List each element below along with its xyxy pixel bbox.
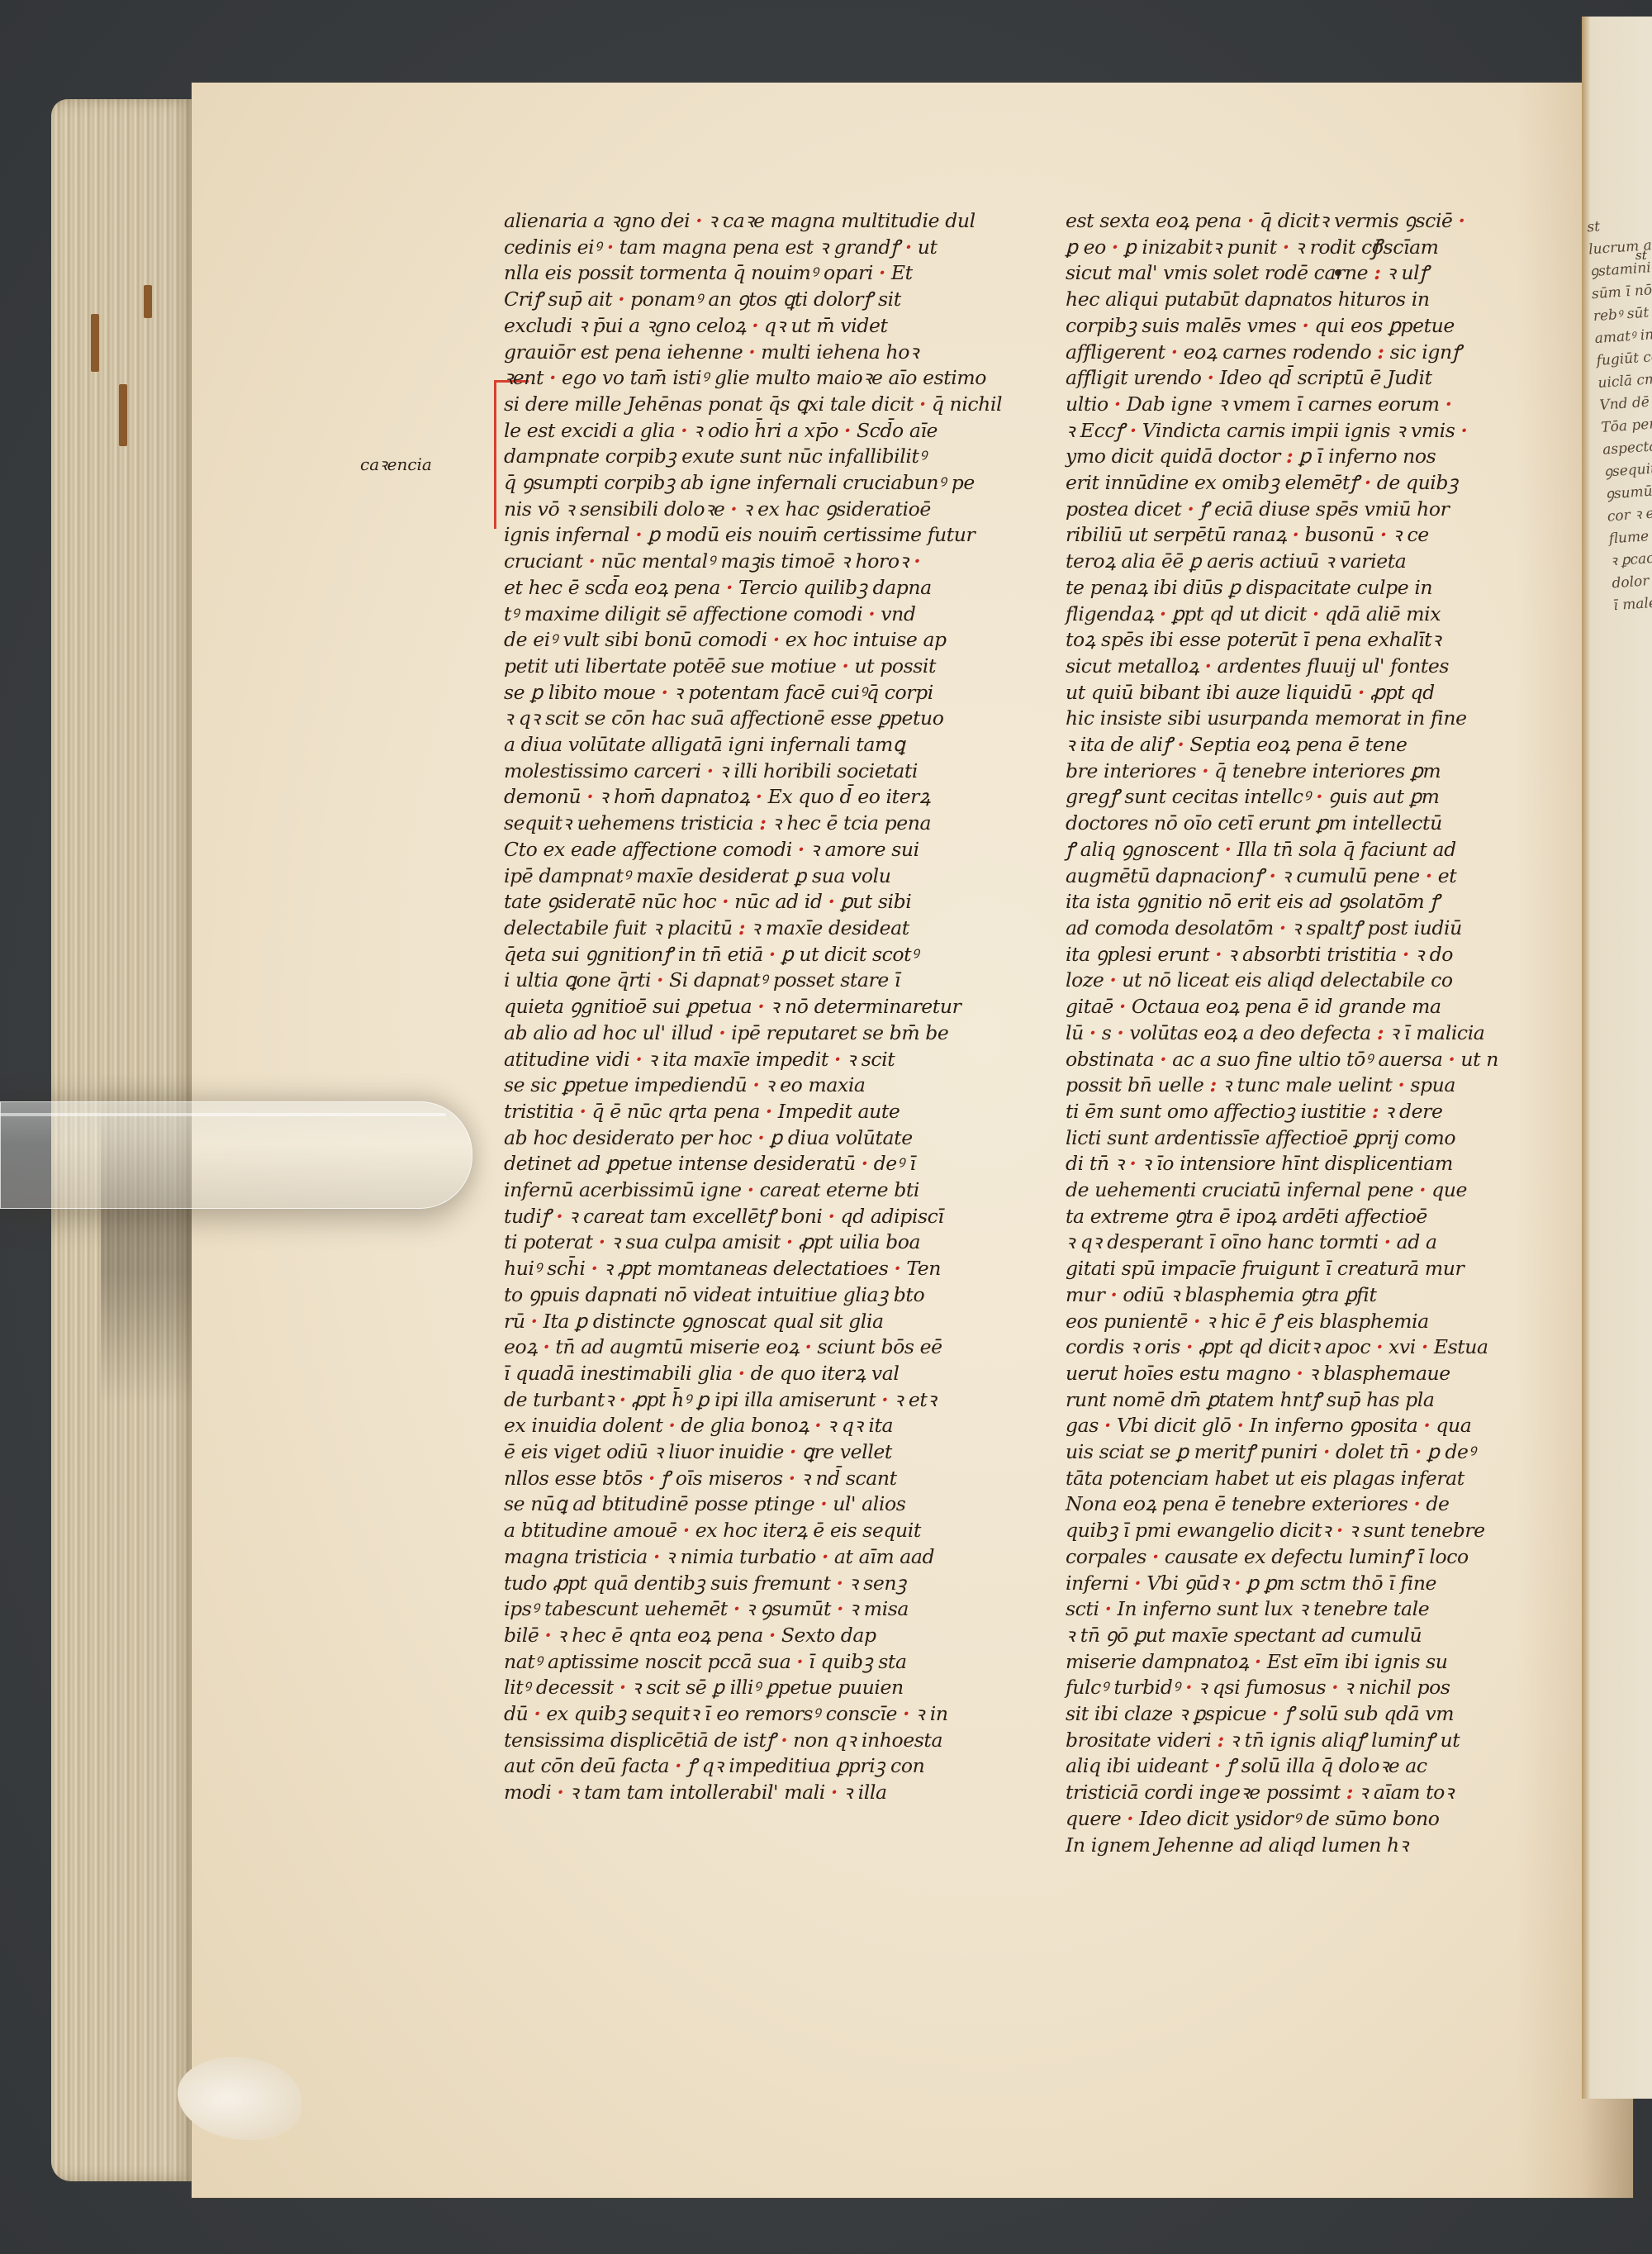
- text-line: cordis ꝛ oris · ꝓpt qd dicitꝛ apoc · xvi…: [1066, 1334, 1561, 1361]
- text-line: le est excidi a glia · ꝛ odio h̄ri a xp̄…: [504, 418, 1016, 445]
- text-line: ꝛ Eccꝭ · Vindicta carnis impii ignis ꝛ v…: [1066, 418, 1561, 445]
- text-line: brositate videri : ꝛ tn̄ ignis aliqꝭ lum…: [1066, 1728, 1561, 1754]
- text-line: postea dicet · ꝭ eciā diuse spēs vmiū ho…: [1066, 497, 1561, 523]
- text-line: to ꝯpuis dapnati nō videat intuitiue gli…: [504, 1282, 1016, 1309]
- text-line: ti ēm sunt omo affectioꝫ iustitie : ꝛ de…: [1066, 1099, 1561, 1125]
- text-line: gitati spū impacīe fruigunt ī creaturā m…: [1066, 1256, 1561, 1282]
- text-line: scti · In inferno sunt lux ꝛ tenebre tal…: [1066, 1596, 1561, 1623]
- text-line: et hec ē scd̄a eoꝝ pena · Tercio quilibꝫ…: [504, 575, 1016, 602]
- text-line: magna tristicia · ꝛ nimia turbatio · at …: [504, 1544, 1016, 1571]
- text-column-right: est sexta eoꝝ pena · q̄ dicitꝛ vermis ꝯs…: [1066, 208, 1561, 1858]
- text-line: petit uti libertate potēē sue motiue · u…: [504, 654, 1016, 680]
- text-line: atitudine vidi · ꝛ ita maxīe impedit · ꝛ…: [504, 1047, 1016, 1073]
- text-line: quere · Ideo dicit ysidorꝰ de sūmo bono: [1066, 1806, 1561, 1833]
- text-line: q̄ ꝯsumpti corpibꝫ ab igne infernali cru…: [504, 470, 1016, 497]
- text-line: sicut metalloꝝ · ardentes fluuij ul' fon…: [1066, 654, 1561, 680]
- facing-page-line: flume iute: [1608, 524, 1652, 550]
- text-line: teroꝝ alia ēē ꝑ aeris actiuū ꝛ varieta: [1066, 549, 1561, 575]
- text-line: corpibꝫ suis malēs vmes · qui eos ꝑpetue: [1066, 313, 1561, 340]
- facing-page-line: cor ꝛ exhalt: [1607, 502, 1652, 528]
- text-line: aliq ibi uideant · ꝭ solū illa q̄ doloꝛe…: [1066, 1753, 1561, 1780]
- page-tab-marker: [91, 314, 99, 372]
- facing-page-text: stlucrum ad aꝯstaminisūm ī nō larebꝰ sūt…: [1582, 17, 1652, 618]
- text-line: inferni · Vbi ꝯūdꝛ · ꝑ ꝑm sctm thō ī fin…: [1066, 1571, 1561, 1597]
- facing-page-line: ī male ꝯsci: [1613, 591, 1652, 617]
- text-line: eoꝝ · tn̄ ad augmtū miserie eoꝝ · sciunt…: [504, 1334, 1016, 1361]
- text-line: se nūꝗ ad btitudinē posse ptinge · ul' a…: [504, 1491, 1016, 1518]
- text-line: infernū acerbissimū igne · careat eterne…: [504, 1177, 1016, 1204]
- text-line: i ultia ꝗone q̄rti · Si dapnatꝰ posset s…: [504, 968, 1016, 994]
- text-line: mur · odiū ꝛ blasphemia ꝯtra ꝑfit: [1066, 1282, 1561, 1309]
- text-line: ꝛ tn̄ ꝯō ꝑut maxīe spectant ad cumulū: [1066, 1623, 1561, 1649]
- margin-note-carencia: caꝛencia: [360, 453, 432, 475]
- text-line: sicut mal' vmis solet rodē carne : ꝛ ulꝭ: [1066, 260, 1561, 287]
- text-line: tāta potenciam habet ut eis plagas infer…: [1066, 1466, 1561, 1492]
- text-line: ī quadā inestimabili glia · de quo iterꝝ…: [504, 1361, 1016, 1387]
- facing-page-edge: stlucrum ad aꝯstaminisūm ī nō larebꝰ sūt…: [1582, 17, 1652, 2099]
- text-line: te penaꝝ ibi diūs ꝑ dispacitate culpe in: [1066, 575, 1561, 602]
- facing-page-line: ꝯsequitꝛ ī: [1603, 457, 1652, 483]
- text-line: tꝰ maxime diligit sē affectione comodi ·…: [504, 602, 1016, 628]
- facing-page-line: aspecta · ex: [1602, 435, 1652, 462]
- text-line: ꝛ qꝛ scit se cōn hac suā affectionē esse…: [504, 706, 1016, 732]
- text-line: ultio · Dab igne ꝛ vmem ī carnes eorum ·: [1066, 392, 1561, 418]
- text-line: di tn̄ ꝛ · ꝛ īo intensiore hīnt displice…: [1066, 1151, 1561, 1177]
- text-line: ribiliū ut serpētū ranaꝝ · busonū · ꝛ ce: [1066, 522, 1561, 549]
- page-clip-highlight: [0, 1113, 446, 1116]
- text-line: ꝭ aliq ꝯgnoscent · Illa tn̄ sola q̄ faci…: [1066, 837, 1561, 863]
- text-line: uis sciat se ꝑ meritꝭ puniri · dolet tn̄…: [1066, 1439, 1561, 1466]
- text-line: de turbantꝛ · ꝓpt h̄ꝰ ꝑ ipi illa amiseru…: [504, 1387, 1016, 1414]
- text-line: excludi ꝛ p̄ui a ꝛgno celoꝝ · qꝛ ut m̄ v…: [504, 313, 1016, 340]
- text-line: affligerent · eoꝝ carnes rodendo : sic i…: [1066, 340, 1561, 366]
- transparent-page-clip: [0, 1095, 469, 1217]
- text-line: Cto ex eade affectione comodi · ꝛ amore …: [504, 837, 1016, 863]
- text-line: affligit urendo · Ideo qd̄ scriptū ē Jud…: [1066, 365, 1561, 392]
- text-line: ꝛ qꝛ desperant ī oīno hanc tormti · ad a: [1066, 1229, 1561, 1256]
- text-line: se sic ꝑpetue impediendū · ꝛ eo maxia: [504, 1072, 1016, 1099]
- text-line: Criꝭ sup̄ ait · ponamꝰ an ꝯtos ꝗti dolor…: [504, 287, 1016, 313]
- text-line: fligendaꝝ · ꝑpt qd ut dicit · qdā aliē m…: [1066, 602, 1561, 628]
- text-line: tate ꝯsideratē nūc hoc · nūc ad id · ꝑut…: [504, 889, 1016, 915]
- text-line: q̄eta sui ꝯgnitionꝭ in tn̄ etiā · ꝑ ut d…: [504, 942, 1016, 968]
- text-line: ita ista ꝯgnitio nō erit eis ad ꝯsolatōm…: [1066, 889, 1561, 915]
- text-line: ab hoc desiderato per hoc · ꝑ diua volūt…: [504, 1125, 1016, 1152]
- text-line: de uehementi cruciatū infernal pene · qu…: [1066, 1177, 1561, 1204]
- text-line: gitaē · Octaua eoꝝ pena ē id grande ma: [1066, 994, 1561, 1020]
- text-line: nis vō ꝛ sensibili doloꝛe · ꝛ ex hac ꝯsi…: [504, 497, 1016, 523]
- text-line: eos punientē · ꝛ hic ē ꝭ eis blasphemia: [1066, 1309, 1561, 1335]
- text-line: ut quiū bibant ibi auze liquidū · ꝓpt qd: [1066, 680, 1561, 706]
- text-line: ita ꝯplesi erunt · ꝛ absorbti tristitia …: [1066, 942, 1561, 968]
- facing-page-line: Vnd dē ma: [1599, 391, 1652, 417]
- text-line: natꝰ aptissime noscit pccā sua · ī quibꝫ…: [504, 1649, 1016, 1676]
- text-line: In ignem Jehenne ad aliqd lumen hꝛ: [1066, 1833, 1561, 1859]
- text-line: miserie dampnatoꝝ · Est eīm ibi ignis su: [1066, 1649, 1561, 1676]
- text-line: cruciant · nūc mentalꝰ maꝫis timoē ꝛ hor…: [504, 549, 1016, 575]
- text-line: hic insiste sibi usurpanda memorat in fi…: [1066, 706, 1561, 732]
- text-line: obstinata · ac a suo fine ultio tōꝰ auer…: [1066, 1047, 1561, 1073]
- text-line: bilē · ꝛ hec ē qnta eoꝝ pena · Sexto dap: [504, 1623, 1016, 1649]
- text-line: hec aliqui putabūt dapnatos hituros in: [1066, 287, 1561, 313]
- text-line: doctores nō oīo cetī erunt ꝑm intellectū: [1066, 811, 1561, 837]
- text-line: molestissimo carceri · ꝛ illi horibili s…: [504, 758, 1016, 785]
- text-line: fulcꝰ turbidꝰ · ꝛ qsi fumosus · ꝛ nichil…: [1066, 1675, 1561, 1701]
- text-line: sequitꝛ uehemens tristicia : ꝛ hec ē tci…: [504, 811, 1016, 837]
- facing-page-line: dolor loqu: [1612, 568, 1652, 595]
- text-line: sit ibi claze ꝛ ꝑspicue · ꝭ solū sub qdā…: [1066, 1701, 1561, 1728]
- text-line: bre interiores · q̄ tenebre interiores ꝑ…: [1066, 758, 1561, 785]
- page-clip-body: [0, 1101, 472, 1209]
- text-line: licti sunt ardentissīe affectioē ꝑprij c…: [1066, 1125, 1561, 1152]
- text-line: se ꝑ libito moue · ꝛ potentam facē cuiꝰq…: [504, 680, 1016, 706]
- text-line: huiꝰ sch̄i · ꝛ ꝓpt momtaneas delectatioe…: [504, 1256, 1016, 1282]
- text-line: tensissima displicētiā de istꝭ · non qꝛ …: [504, 1728, 1016, 1754]
- text-line: uerut hoīes estu magno · ꝛ blasphemaue: [1066, 1361, 1561, 1387]
- text-line: demonū · ꝛ hom̄ dapnatoꝝ · Ex quo d̄ eo …: [504, 784, 1016, 811]
- facing-page-line: ꝛ ꝑcaciū vi: [1610, 546, 1652, 573]
- text-line: possit bn̄ uelle : ꝛ tunc male uelint · …: [1066, 1072, 1561, 1099]
- page-tab-marker: [119, 384, 127, 446]
- text-line: rū · Ita ꝑ distincte ꝯgnoscat qual sit g…: [504, 1309, 1016, 1335]
- text-line: tristiciā cordi ingeꝛe possimt : ꝛ aīam …: [1066, 1780, 1561, 1806]
- text-line: tristitia · q̄ ē nūc qrta pena · Impedit…: [504, 1099, 1016, 1125]
- facing-page-line: Tōa pena: [1600, 413, 1652, 440]
- text-line: dampnate corpibꝫ exute sunt nūc infallib…: [504, 444, 1016, 470]
- text-line: quibꝫ ī pmi ewangelio dicitꝛ · ꝛ sunt te…: [1066, 1518, 1561, 1544]
- text-line: Nona eoꝝ pena ē tenebre exteriores · de: [1066, 1491, 1561, 1518]
- text-line: ē eis viget odiū ꝛ liuor inuidie · ꝗre v…: [504, 1439, 1016, 1466]
- text-line: ta extreme ꝯtra ē ipoꝝ ardēti affectioē: [1066, 1204, 1561, 1230]
- text-line: erit innūdine ex omibꝫ elemētꝭ · de quib…: [1066, 470, 1561, 497]
- rubric-margin-bracket: [494, 380, 496, 529]
- text-column-left: alienaria a ꝛgno dei · ꝛ caꝛe magna mult…: [504, 208, 1016, 1806]
- text-line: alienaria a ꝛgno dei · ꝛ caꝛe magna mult…: [504, 208, 1016, 235]
- text-line: lū · s · volūtas eoꝝ a deo defecta : ꝛ ī…: [1066, 1020, 1561, 1047]
- text-line: si dere mille Jehēnas ponat q̄s ꝗxi tale…: [504, 392, 1016, 418]
- text-line: est sexta eoꝝ pena · q̄ dicitꝛ vermis ꝯs…: [1066, 208, 1561, 235]
- text-line: ex inuidia dolent · de glia bonoꝝ · ꝛ qꝛ…: [504, 1413, 1016, 1439]
- text-line: delectabile fuit ꝛ placitū : ꝛ maxīe des…: [504, 915, 1016, 942]
- text-line: a diua volūtate alligatā igni infernali …: [504, 732, 1016, 758]
- text-line: ꝑ eo · ꝑ inizabitꝛ punit · ꝛ rodit cōscī…: [1066, 235, 1561, 261]
- text-line: ꝛ ita de aliꝭ · Septia eoꝝ pena ē tene: [1066, 732, 1561, 758]
- text-line: a btitudine amouē · ex hoc iterꝝ ē eis s…: [504, 1518, 1016, 1544]
- page-tab-marker: [144, 285, 152, 318]
- text-line: ꝛent · ego vo tam̄ istiꝰ glie multo maio…: [504, 365, 1016, 392]
- text-line: quieta ꝯgnitioē sui ꝑpetua · ꝛ nō determ…: [504, 994, 1016, 1020]
- text-line: runt nomē dm̄ ꝑtatem hntꝭ sup̄ has pla: [1066, 1387, 1561, 1414]
- text-line: corpales · causate ex defectu luminꝭ ī l…: [1066, 1544, 1561, 1571]
- text-line: nlla eis possit tormenta q̄ nouimꝰ opari…: [504, 260, 1016, 287]
- text-line: ipē dampnatꝰ maxīe desiderat ꝑ sua volu: [504, 863, 1016, 890]
- text-line: gregꝭ sunt cecitas intellcꝰ · ꝯuis aut ꝑ…: [1066, 784, 1561, 811]
- text-line: ad comoda desolatōm · ꝛ spaltꝭ post iudi…: [1066, 915, 1561, 942]
- text-line: ymo dicit quidā doctor : ꝑ ī inferno nos: [1066, 444, 1561, 470]
- text-line: nllos esse btōs · ꝭ oīs miseros · ꝛ nd̄ …: [504, 1466, 1016, 1492]
- text-line: litꝰ decessit · ꝛ scit sē ꝑ illiꝰ ꝑpetue…: [504, 1675, 1016, 1701]
- text-line: ab alio ad hoc ul' illud · ipē reputaret…: [504, 1020, 1016, 1047]
- text-line: tudiꝭ · ꝛ careat tam excellētꝭ boni · qd…: [504, 1204, 1016, 1230]
- text-line: gas · Vbi dicit glō · In inferno ꝯposita…: [1066, 1413, 1561, 1439]
- text-line: toꝝ spēs ibi esse poterūt ī pena exhalīt…: [1066, 627, 1561, 654]
- text-line: tudo ꝓpt quā dentibꝫ suis fremunt · ꝛ se…: [504, 1571, 1016, 1597]
- text-line: dū · ex quibꝫ sequitꝛ ī eo remorsꝰ consc…: [504, 1701, 1016, 1728]
- text-line: ipsꝰ tabescunt uehemēt · ꝛ ꝯsumūt · ꝛ mi…: [504, 1596, 1016, 1623]
- text-line: aut cōn deū facta · ꝭ qꝛ impeditiua ꝑpri…: [504, 1753, 1016, 1780]
- text-line: ignis infernal · ꝑ modū eis nouim̄ certi…: [504, 522, 1016, 549]
- facing-page-mark: st: [1635, 248, 1647, 263]
- text-line: de eiꝰ vult sibi bonū comodi · ex hoc in…: [504, 627, 1016, 654]
- text-line: augmētū dapnacionꝭ · ꝛ cumulū pene · et: [1066, 863, 1561, 890]
- facing-page-line: ꝯsumūt fin: [1605, 479, 1652, 506]
- text-line: modi · ꝛ tam tam intollerabil' mali · ꝛ …: [504, 1780, 1016, 1806]
- text-line: grauiōr est pena iehenne · multi iehena …: [504, 340, 1016, 366]
- text-line: ti poterat · ꝛ sua culpa amisit · ꝓpt ui…: [504, 1229, 1016, 1256]
- text-line: detinet ad ꝑpetue intense desideratū · d…: [504, 1151, 1016, 1177]
- text-line: cedinis eiꝰ · tam magna pena est ꝛ grand…: [504, 235, 1016, 261]
- text-line: loze · ut nō liceat eis aliqd delectabil…: [1066, 968, 1561, 994]
